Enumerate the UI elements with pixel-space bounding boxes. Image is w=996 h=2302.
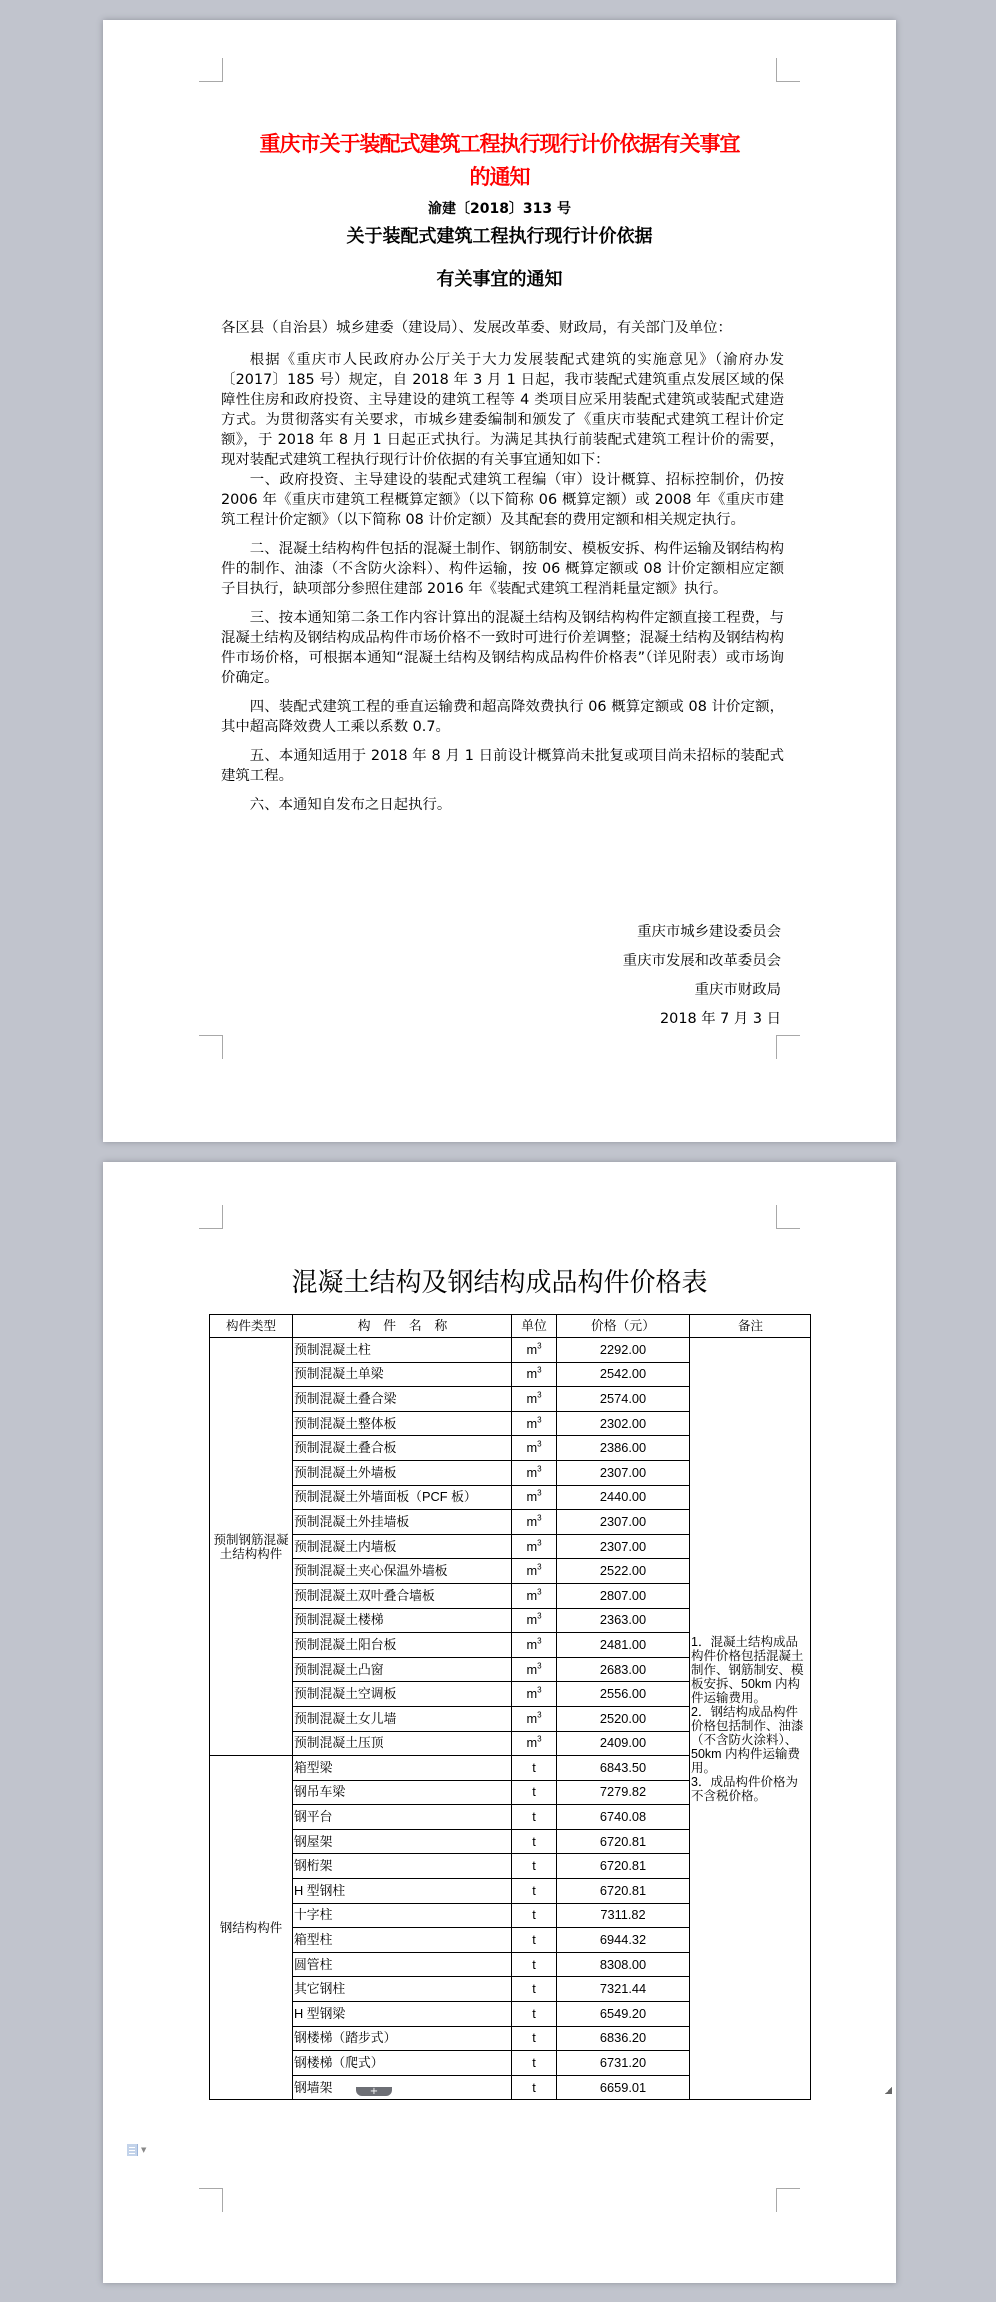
price-cell: 2307.00: [557, 1460, 690, 1485]
document-page-1: 重庆市关于装配式建筑工程执行现行计价依据有关事宜 的通知 渝建〔2018〕313…: [103, 20, 896, 1142]
component-name-cell: 预制混凝土双叶叠合墙板: [293, 1583, 512, 1608]
price-cell: 2542.00: [557, 1362, 690, 1387]
price-cell: 2807.00: [557, 1583, 690, 1608]
component-type-cell: 钢结构构件: [210, 1756, 293, 2100]
price-cell: 2307.00: [557, 1534, 690, 1559]
price-cell: 2440.00: [557, 1485, 690, 1510]
price-cell: 7311.82: [557, 1903, 690, 1928]
price-cell: 6720.81: [557, 1854, 690, 1879]
signature-development-commission: 重庆市发展和改革委员会: [623, 949, 781, 970]
unit-cell: t: [512, 1928, 557, 1953]
clause-6: 六、本通知自发布之日起执行。: [221, 795, 784, 815]
unit-cell: m3: [512, 1534, 557, 1559]
margin-corner-mark: [199, 58, 223, 82]
component-name-cell: H 型钢柱: [293, 1879, 512, 1904]
unit-base: m: [526, 1735, 537, 1750]
component-name-cell: 钢楼梯（爬式）: [293, 2051, 512, 2076]
body-paragraphs: 根据《重庆市人民政府办公厅关于大力发展装配式建筑的实施意见》（渝府办发〔2017…: [221, 350, 784, 815]
unit-base: m: [526, 1366, 537, 1381]
unit-base: m: [526, 1686, 537, 1701]
unit-superscript: 3: [537, 1735, 541, 1744]
price-cell: 2292.00: [557, 1338, 690, 1363]
unit-cell: m3: [512, 1559, 557, 1584]
component-name-cell: 预制混凝土楼梯: [293, 1608, 512, 1633]
unit-base: m: [526, 1342, 537, 1357]
unit-base: m: [526, 1637, 537, 1652]
issue-date: 2018 年 7 月 3 日: [660, 1007, 781, 1028]
unit-base: m: [526, 1563, 537, 1578]
unit-superscript: 3: [537, 1342, 541, 1351]
unit-cell: m3: [512, 1362, 557, 1387]
unit-base: m: [526, 1416, 537, 1431]
unit-superscript: 3: [537, 1489, 541, 1498]
component-name-cell: 预制混凝土叠合梁: [293, 1387, 512, 1412]
subtitle-line1: 关于装配式建筑工程执行现行计价依据: [103, 222, 896, 248]
component-name-cell: 钢平台: [293, 1805, 512, 1830]
unit-base: m: [526, 1711, 537, 1726]
document-number: 渝建〔2018〕313 号: [103, 198, 896, 218]
component-name-cell: 预制混凝土整体板: [293, 1411, 512, 1436]
unit-base: m: [526, 1539, 537, 1554]
unit-superscript: 3: [537, 1366, 541, 1375]
component-name-cell: H 型钢梁: [293, 2002, 512, 2027]
chevron-down-icon[interactable]: ▼: [141, 2146, 146, 2154]
unit-base: t: [532, 1809, 536, 1824]
price-cell: 2683.00: [557, 1657, 690, 1682]
paste-options-icon[interactable]: [127, 2144, 138, 2156]
header-name: 构 件 名 称: [293, 1315, 512, 1338]
unit-superscript: 3: [537, 1465, 541, 1474]
component-name-cell: 预制混凝土空调板: [293, 1682, 512, 1707]
unit-superscript: 3: [537, 1612, 541, 1621]
document-page-2: 混凝土结构及钢结构成品构件价格表 构件类型 构 件 名 称 单位 价格（元） 备…: [103, 1162, 896, 2283]
price-cell: 2307.00: [557, 1510, 690, 1535]
remarks-cell: 1．混凝土结构成品构件价格包括混凝土制作、钢筋制安、模板安拆、50km 内构件运…: [690, 1338, 811, 2100]
unit-cell: m3: [512, 1608, 557, 1633]
price-cell: 6659.01: [557, 2075, 690, 2100]
table-header-row: 构件类型 构 件 名 称 单位 价格（元） 备注: [210, 1315, 811, 1338]
unit-cell: t: [512, 1854, 557, 1879]
red-header-title-line2: 的通知: [103, 161, 896, 191]
unit-superscript: 3: [537, 1637, 541, 1646]
unit-superscript: 3: [537, 1415, 541, 1424]
unit-cell: t: [512, 1756, 557, 1781]
price-cell: 6731.20: [557, 2051, 690, 2076]
unit-superscript: 3: [537, 1538, 541, 1547]
unit-base: m: [526, 1489, 537, 1504]
clause-5: 五、本通知适用于 2018 年 8 月 1 日前设计概算尚未批复或项目尚未招标的…: [221, 746, 784, 786]
price-cell: 2302.00: [557, 1411, 690, 1436]
table-body: 预制钢筋混凝土结构构件预制混凝土柱m32292.001．混凝土结构成品构件价格包…: [210, 1338, 811, 2100]
unit-base: t: [532, 1858, 536, 1873]
price-cell: 2409.00: [557, 1731, 690, 1756]
unit-superscript: 3: [537, 1587, 541, 1596]
price-cell: 2520.00: [557, 1706, 690, 1731]
component-name-cell: 预制混凝土柱: [293, 1338, 512, 1363]
component-name-cell: 预制混凝土外墙板: [293, 1460, 512, 1485]
component-name-cell: 钢楼梯（踏步式）: [293, 2026, 512, 2051]
unit-base: m: [526, 1612, 537, 1627]
unit-cell: m3: [512, 1387, 557, 1412]
unit-cell: t: [512, 1977, 557, 2002]
header-type: 构件类型: [210, 1315, 293, 1338]
unit-superscript: 3: [537, 1710, 541, 1719]
unit-base: t: [532, 1981, 536, 1996]
component-name-cell: 预制混凝土女儿墙: [293, 1706, 512, 1731]
unit-superscript: 3: [537, 1563, 541, 1572]
unit-cell: t: [512, 2002, 557, 2027]
unit-cell: m3: [512, 1657, 557, 1682]
price-cell: 2574.00: [557, 1387, 690, 1412]
unit-cell: m3: [512, 1485, 557, 1510]
margin-corner-mark: [776, 2188, 800, 2212]
component-name-cell: 圆管柱: [293, 1952, 512, 1977]
price-cell: 6549.20: [557, 2002, 690, 2027]
price-cell: 6720.81: [557, 1829, 690, 1854]
unit-cell: m3: [512, 1731, 557, 1756]
price-cell: 2386.00: [557, 1436, 690, 1461]
unit-cell: t: [512, 2026, 557, 2051]
component-price-table: 构件类型 构 件 名 称 单位 价格（元） 备注 预制钢筋混凝土结构构件预制混凝…: [209, 1314, 811, 2100]
signature-finance-bureau: 重庆市财政局: [695, 978, 781, 999]
component-type-cell: 预制钢筋混凝土结构构件: [210, 1338, 293, 1756]
price-cell: 6836.20: [557, 2026, 690, 2051]
unit-cell: t: [512, 2051, 557, 2076]
unit-cell: m3: [512, 1411, 557, 1436]
unit-cell: m3: [512, 1682, 557, 1707]
unit-cell: m3: [512, 1510, 557, 1535]
addressee-line: 各区县（自治县）城乡建委（建设局）、发展改革委、财政局，有关部门及单位：: [221, 316, 732, 337]
unit-superscript: 3: [537, 1661, 541, 1670]
unit-base: t: [532, 2055, 536, 2070]
unit-base: m: [526, 1465, 537, 1480]
component-name-cell: 十字柱: [293, 1903, 512, 1928]
header-note: 备注: [690, 1315, 811, 1338]
header-price: 价格（元）: [557, 1315, 690, 1338]
price-cell: 6720.81: [557, 1879, 690, 1904]
unit-base: m: [526, 1662, 537, 1677]
clause-4: 四、装配式建筑工程的垂直运输费和超高降效费执行 06 概算定额或 08 计价定额…: [221, 697, 784, 737]
unit-cell: t: [512, 1829, 557, 1854]
component-name-cell: 预制混凝土叠合板: [293, 1436, 512, 1461]
price-cell: 7279.82: [557, 1780, 690, 1805]
price-cell: 2522.00: [557, 1559, 690, 1584]
unit-base: t: [532, 1784, 536, 1799]
price-table-title: 混凝土结构及钢结构成品构件价格表: [103, 1262, 896, 1299]
clause-1: 一、政府投资、主导建设的装配式建筑工程编（审）设计概算、招标控制价，仍按 200…: [221, 470, 784, 530]
add-table-row-button[interactable]: +: [356, 2087, 392, 2096]
margin-corner-mark: [776, 1205, 800, 1229]
price-cell: 6843.50: [557, 1756, 690, 1781]
unit-superscript: 3: [537, 1686, 541, 1695]
unit-cell: t: [512, 1903, 557, 1928]
intro-paragraph: 根据《重庆市人民政府办公厅关于大力发展装配式建筑的实施意见》（渝府办发〔2017…: [221, 350, 784, 470]
price-cell: 6944.32: [557, 1928, 690, 1953]
margin-corner-mark: [199, 2188, 223, 2212]
unit-cell: t: [512, 1780, 557, 1805]
red-header-title-line1: 重庆市关于装配式建筑工程执行现行计价依据有关事宜: [103, 128, 896, 158]
component-name-cell: 钢屋架: [293, 1829, 512, 1854]
clause-2: 二、混凝土结构构件包括的混凝土制作、钢筋制安、模板安拆、构件运输及钢结构构件的制…: [221, 539, 784, 599]
price-cell: 2556.00: [557, 1682, 690, 1707]
component-name-cell: 钢桁架: [293, 1854, 512, 1879]
unit-cell: m3: [512, 1460, 557, 1485]
unit-cell: m3: [512, 1436, 557, 1461]
table-resize-handle[interactable]: [885, 2087, 892, 2094]
component-name-cell: 预制混凝土阳台板: [293, 1633, 512, 1658]
unit-cell: t: [512, 2075, 557, 2100]
component-name-cell: 其它钢柱: [293, 1977, 512, 2002]
component-name-cell: 箱型柱: [293, 1928, 512, 1953]
margin-corner-mark: [776, 58, 800, 82]
component-name-cell: 预制混凝土凸窗: [293, 1657, 512, 1682]
price-cell: 2481.00: [557, 1633, 690, 1658]
unit-base: t: [532, 1957, 536, 1972]
unit-superscript: 3: [537, 1391, 541, 1400]
unit-base: t: [532, 1760, 536, 1775]
component-name-cell: 箱型梁: [293, 1756, 512, 1781]
unit-base: t: [532, 2080, 536, 2095]
unit-base: t: [532, 2006, 536, 2021]
component-name-cell: 钢墙架: [293, 2075, 512, 2100]
unit-base: t: [532, 1907, 536, 1922]
table-row: 预制钢筋混凝土结构构件预制混凝土柱m32292.001．混凝土结构成品构件价格包…: [210, 1338, 811, 1363]
signature-construction-committee: 重庆市城乡建设委员会: [637, 920, 781, 941]
component-name-cell: 预制混凝土外挂墙板: [293, 1510, 512, 1535]
margin-corner-mark: [199, 1205, 223, 1229]
component-name-cell: 预制混凝土外墙面板（PCF 板）: [293, 1485, 512, 1510]
unit-base: t: [532, 1883, 536, 1898]
unit-cell: m3: [512, 1338, 557, 1363]
component-name-cell: 预制混凝土内墙板: [293, 1534, 512, 1559]
unit-base: m: [526, 1391, 537, 1406]
unit-cell: m3: [512, 1583, 557, 1608]
unit-base: m: [526, 1440, 537, 1455]
unit-superscript: 3: [537, 1440, 541, 1449]
unit-base: m: [526, 1514, 537, 1529]
unit-base: t: [532, 2030, 536, 2045]
unit-cell: m3: [512, 1706, 557, 1731]
unit-base: t: [532, 1834, 536, 1849]
unit-cell: t: [512, 1879, 557, 1904]
price-cell: 7321.44: [557, 1977, 690, 2002]
component-name-cell: 预制混凝土夹心保温外墙板: [293, 1559, 512, 1584]
margin-corner-mark: [776, 1035, 800, 1059]
unit-cell: t: [512, 1952, 557, 1977]
unit-cell: t: [512, 1805, 557, 1830]
subtitle-line2: 有关事宜的通知: [103, 265, 896, 291]
component-name-cell: 预制混凝土单梁: [293, 1362, 512, 1387]
component-name-cell: 预制混凝土压顶: [293, 1731, 512, 1756]
clause-3: 三、按本通知第二条工作内容计算出的混凝土结构及钢结构构件定额直接工程费，与混凝土…: [221, 608, 784, 688]
price-cell: 8308.00: [557, 1952, 690, 1977]
margin-corner-mark: [199, 1035, 223, 1059]
component-name-cell: 钢吊车梁: [293, 1780, 512, 1805]
unit-cell: m3: [512, 1633, 557, 1658]
price-cell: 2363.00: [557, 1608, 690, 1633]
unit-base: t: [532, 1932, 536, 1947]
unit-superscript: 3: [537, 1514, 541, 1523]
price-cell: 6740.08: [557, 1805, 690, 1830]
header-unit: 单位: [512, 1315, 557, 1338]
unit-base: m: [526, 1588, 537, 1603]
